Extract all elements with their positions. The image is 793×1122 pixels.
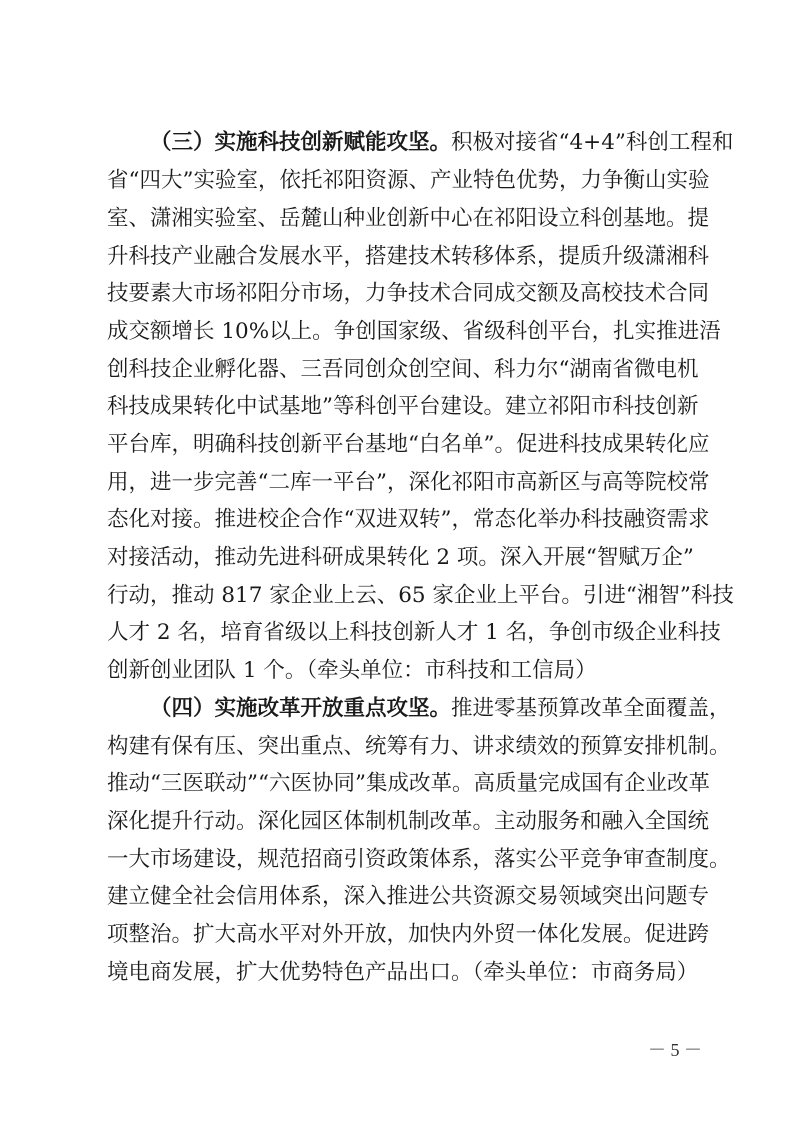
paragraph-line: 建立健全社会信用体系，深入推进公共资源交易领域突出问题专	[107, 882, 691, 912]
paragraph-line: 态化对接。推进校企合作“双进双转”，常态化举办科技融资需求	[107, 505, 691, 535]
paragraph-line: 对接活动，推动先进科研成果转化 2 项。深入开展“智赋万企”	[107, 543, 691, 573]
line-text: 积极对接省“4+4”科创工程和	[451, 130, 733, 155]
paragraph-line: 平台库，明确科技创新平台基地“白名单”。促进科技成果转化应	[107, 430, 691, 460]
paragraph-line: 推动“三医联动”“六医协同”集成改革。高质量完成国有企业改革	[107, 769, 691, 799]
paragraph-line: 构建有保有压、突出重点、统筹有力、讲求绩效的预算安排机制。	[107, 732, 691, 762]
section-heading: （四）实施改革开放重点攻坚。	[150, 696, 451, 721]
paragraph-line: （三）实施科技创新赋能攻坚。积极对接省“4+4”科创工程和	[150, 128, 691, 158]
paragraph-line: （四）实施改革开放重点攻坚。推进零基预算改革全面覆盖，	[150, 694, 691, 724]
paragraph-line: 省“四大”实验室，依托祁阳资源、产业特色优势，力争衡山实验	[107, 166, 691, 196]
paragraph-line: 深化提升行动。深化园区体制机制改革。主动服务和融入全国统	[107, 807, 691, 837]
paragraph-line: 创新创业团队 1 个。（牵头单位：市科技和工信局）	[107, 656, 691, 686]
line-text: 推进零基预算改革全面覆盖，	[451, 696, 731, 721]
paragraph-line: 境电商发展，扩大优势特色产品出口。（牵头单位：市商务局）	[107, 958, 691, 988]
paragraph-line: 成交额增长 10%以上。争创国家级、省级科创平台，扎实推进浯	[107, 317, 691, 347]
paragraph-line: 科技成果转化中试基地”等科创平台建设。建立祁阳市科技创新	[107, 392, 691, 422]
paragraph-line: 技要素大市场祁阳分市场，力争技术合同成交额及高校技术合同	[107, 279, 691, 309]
document-page: （三）实施科技创新赋能攻坚。积极对接省“4+4”科创工程和 省“四大”实验室，依…	[0, 0, 793, 1122]
paragraph-line: 人才 2 名，培育省级以上科技创新人才 1 名，争创市级企业科技	[107, 618, 691, 648]
paragraph-line: 室、潇湘实验室、岳麓山种业创新中心在祁阳设立科创基地。提	[107, 204, 691, 234]
paragraph-line: 升科技产业融合发展水平，搭建技术转移体系，提质升级潇湘科	[107, 242, 691, 272]
paragraph-line: 创科技企业孵化器、三吾同创众创空间、科力尔“湖南省微电机	[107, 355, 691, 385]
section-heading: （三）实施科技创新赋能攻坚。	[150, 130, 451, 155]
paragraph-line: 一大市场建设，规范招商引资政策体系，落实公平竞争审查制度。	[107, 845, 691, 875]
paragraph-line: 行动，推动 817 家企业上云、65 家企业上平台。引进“湘智”科技	[107, 581, 691, 611]
paragraph-line: 项整治。扩大高水平对外开放，加快内外贸一体化发展。促进跨	[107, 920, 691, 950]
page-number: － 5 －	[640, 1036, 710, 1062]
paragraph-line: 用，进一步完善“二库一平台”，深化祁阳市高新区与高等院校常	[107, 468, 691, 498]
